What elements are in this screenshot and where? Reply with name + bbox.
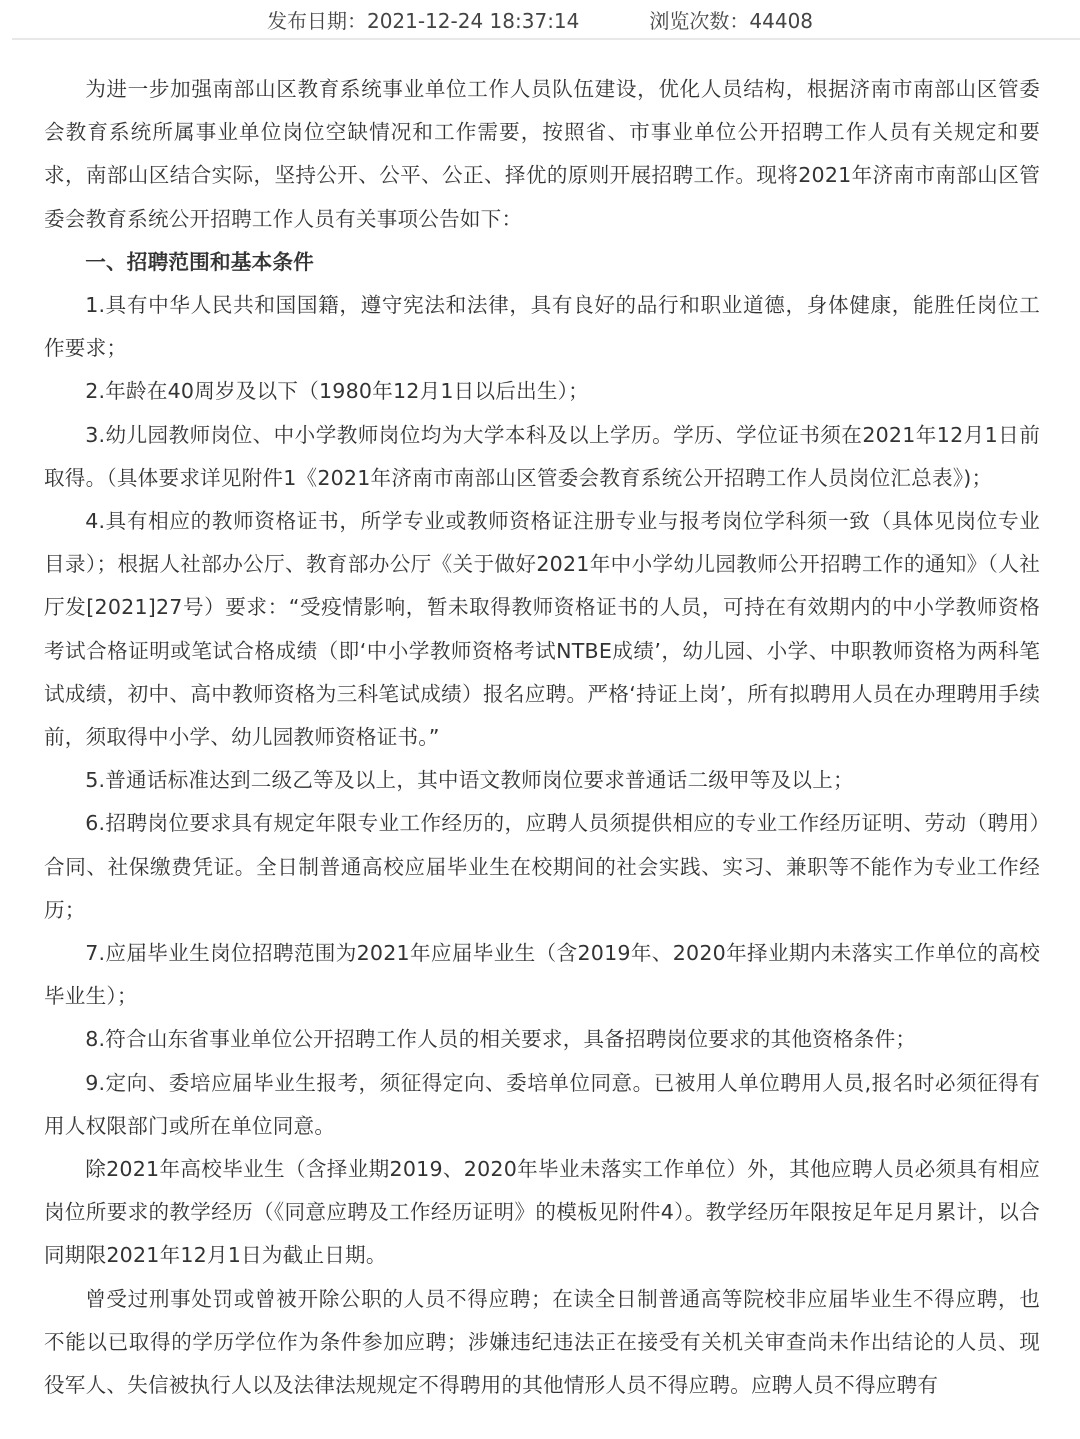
condition-item-2: 2.年龄在40周岁及以下（1980年12月1日以后出生）； [44, 370, 1040, 413]
ineligibility-paragraph: 曾受过刑事处罚或曾被开除公职的人员不得应聘；在读全日制普通高等院校非应届毕业生不… [44, 1278, 1040, 1408]
condition-item-5: 5.普通话标准达到二级乙等及以上，其中语文教师岗位要求普通话二级甲等及以上； [44, 759, 1040, 802]
condition-item-1: 1.具有中华人民共和国国籍，遵守宪法和法律，具有良好的品行和职业道德，身体健康，… [44, 284, 1040, 370]
condition-item-3: 3.幼儿园教师岗位、中小学教师岗位均为大学本科及以上学历。学历、学位证书须在20… [44, 414, 1040, 500]
view-count: 浏览次数：44408 [649, 5, 813, 34]
intro-paragraph: 为进一步加强南部山区教育系统事业单位工作人员队伍建设，优化人员结构，根据济南市南… [44, 68, 1040, 241]
condition-item-9: 9.定向、委培应届毕业生报考，须征得定向、委培单位同意。已被用人单位聘用人员,报… [44, 1062, 1040, 1148]
condition-item-7: 7.应届毕业生岗位招聘范围为2021年应届毕业生（含2019年、2020年择业期… [44, 932, 1040, 1018]
section-heading: 一、招聘范围和基本条件 [44, 241, 1040, 284]
condition-item-4: 4.具有相应的教师资格证书，所学专业或教师资格证注册专业与报考岗位学科须一致（具… [44, 500, 1040, 759]
condition-item-6: 6.招聘岗位要求具有规定年限专业工作经历的，应聘人员须提供相应的专业工作经历证明… [44, 802, 1040, 932]
article-body: 为进一步加强南部山区教育系统事业单位工作人员队伍建设，优化人员结构，根据济南市南… [44, 68, 1040, 1407]
condition-item-8: 8.符合山东省事业单位公开招聘工作人员的相关要求，具备招聘岗位要求的其他资格条件… [44, 1018, 1040, 1061]
teaching-experience-paragraph: 除2021年高校毕业生（含择业期2019、2020年毕业未落实工作单位）外，其他… [44, 1148, 1040, 1278]
publish-date: 发布日期：2021-12-24 18:37:14 [267, 5, 579, 34]
article-meta-bar: 发布日期：2021-12-24 18:37:14 浏览次数：44408 [0, 0, 1080, 38]
header-divider [12, 38, 1080, 40]
